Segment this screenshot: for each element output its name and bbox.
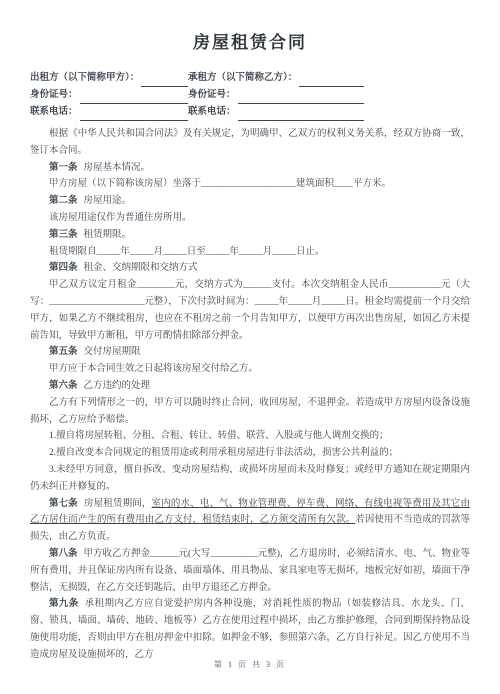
party-row-phones: 联系电话： 联系电话： [30,104,364,121]
page-title: 房屋租赁合同 [30,32,470,54]
article-3-num: 第三条 [49,230,78,240]
article-3-heading: 第三条租赁期限。 [30,227,470,244]
article-1-heading: 第一条房屋基本情况。 [30,160,470,177]
landlord-id-label: 身份证号： [30,87,78,104]
article-5-num: 第五条 [49,347,78,357]
article-4-title: 租金、交纳期限和交纳方式 [84,263,198,273]
article-7-pre-text: 房屋租赁期间， [84,499,152,509]
article-8-num: 第八条 [49,549,78,559]
article-5-title: 交付房屋期限 [84,347,141,357]
article-6-body: 乙方有下列情形之一的，甲方可以随时终止合同，收回房屋，不退押金。若造成甲方房屋内… [30,395,470,429]
landlord-id-cell: 身份证号： [30,87,188,104]
article-7-paragraph: 第七条房屋租赁期间，室内的水、电、气、物业管理费、停车费、网络、有线电视等费用及… [30,496,470,546]
tenant-phone-blank [238,108,364,121]
tenant-name-blank [299,74,364,87]
contract-intro: 根据《中华人民共和国合同法》及有关规定，为明确甲、乙双方的权利义务关系，经双方协… [30,126,470,160]
tenant-id-label: 身份证号： [188,87,236,104]
article-1-num: 第一条 [49,163,78,173]
tenant-id-blank [238,91,364,104]
page-footer: 第 1 页 共 3 页 [0,657,500,674]
article-3-body: 租赁期限自_____年_____月_____日至_____年_____月____… [30,244,470,261]
landlord-phone-cell: 联系电话： [30,104,188,121]
article-1-body: 甲方房屋（以下简称该房屋）坐落于____________________建筑面积… [30,176,470,193]
party-row-names: 出租方（以下简称甲方）： 承租方（以下简称乙方）： [30,70,364,87]
tenant-label: 承租方（以下简称乙方）： [188,70,297,87]
landlord-name-blank [141,74,188,87]
article-2-title: 房屋用途。 [84,196,132,206]
article-3-title: 租赁期限。 [84,230,132,240]
landlord-phone-blank [80,108,188,121]
article-6-num: 第六条 [49,381,78,391]
article-6-item-3: 3.未经甲方同意，擅自拆改、变动房屋结构，或损坏房屋而未及时修复；或经甲方通知在… [30,462,470,496]
article-9-num: 第九条 [49,599,79,609]
tenant-phone-label: 联系电话： [188,104,236,121]
article-2-num: 第二条 [49,196,78,206]
article-9-text: 承租期内乙方应自觉爱护房内各种设施，对消耗性质的物品（如装修洁具、水龙头、门、窗… [30,599,470,659]
contract-page: 房屋租赁合同 出租方（以下简称甲方）： 承租方（以下简称乙方）： 身份证号： 身… [0,0,500,694]
article-1-title: 房屋基本情况。 [84,163,151,173]
landlord-phone-label: 联系电话： [30,104,78,121]
article-2-body: 该房屋用途仅作为普通住房所用。 [30,210,470,227]
article-4-heading: 第四条租金、交纳期限和交纳方式 [30,260,470,277]
landlord-name-cell: 出租方（以下简称甲方）： [30,70,188,87]
article-7-num: 第七条 [49,499,78,509]
article-5-body: 甲方应于本合同生效之日起将该房屋交付给乙方。 [30,361,470,378]
article-9-paragraph: 第九条承租期内乙方应自觉爱护房内各种设施，对消耗性质的物品（如装修洁具、水龙头、… [30,596,470,663]
landlord-label: 出租方（以下简称甲方）： [30,70,139,87]
article-4-body: 甲乙双方议定月租金________元，交纳方式为______支付。本次交纳租金人… [30,277,470,344]
article-8-paragraph: 第八条甲方收乙方押金______元(大写__________元整)，乙方退房时，… [30,546,470,596]
tenant-name-cell: 承租方（以下简称乙方）： [188,70,364,87]
article-2-heading: 第二条房屋用途。 [30,193,470,210]
article-4-num: 第四条 [49,263,78,273]
tenant-phone-cell: 联系电话： [188,104,364,121]
article-6-item-1: 1.擅自将房屋转租、分租、合租、转让、转借、联营、入股或与他人调剂交换的； [30,428,470,445]
article-6-heading: 第六条乙方违约的处理 [30,378,470,395]
article-6-title: 乙方违约的处理 [84,381,151,391]
party-row-id-numbers: 身份证号： 身份证号： [30,87,364,104]
landlord-id-blank [80,91,188,104]
article-8-text: 甲方收乙方押金______元(大写__________元整)，乙方退房时，必须结… [30,549,470,593]
contract-body: 根据《中华人民共和国合同法》及有关规定，为明确甲、乙双方的权利义务关系，经双方协… [30,126,470,664]
article-6-item-2: 2.擅自改变本合同规定的租赁用途或利用承租房屋进行非法活动，损害公共利益的； [30,445,470,462]
article-5-heading: 第五条交付房屋期限 [30,344,470,361]
tenant-id-cell: 身份证号： [188,87,364,104]
